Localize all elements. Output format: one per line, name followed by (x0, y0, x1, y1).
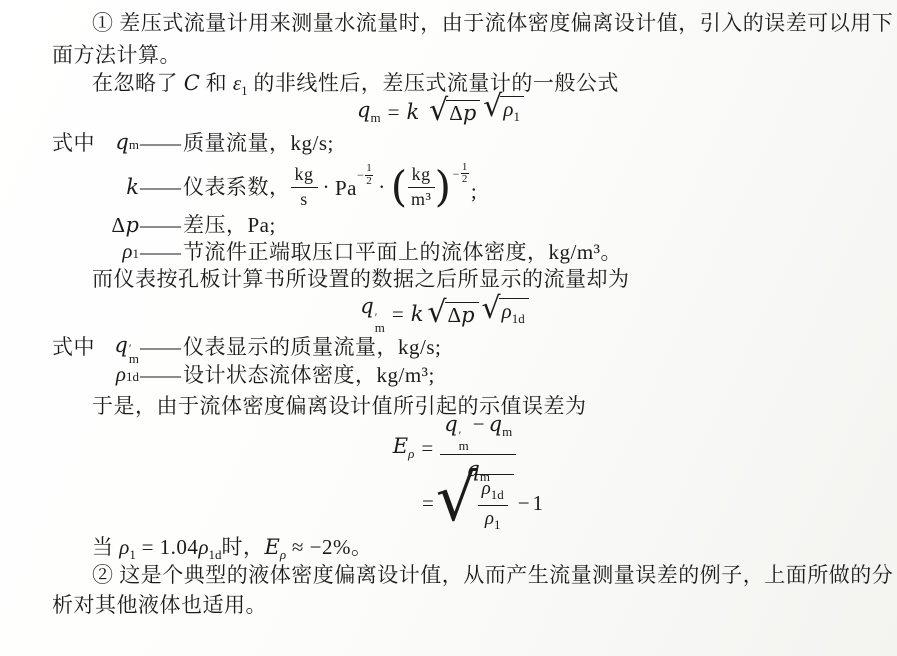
radical-sign: √ (483, 96, 502, 117)
paragraph-3: 而仪表按孔板计算书所设置的数据之后所显示的流量却为 (92, 267, 630, 291)
math-var-k: k (411, 302, 424, 326)
radical-sign: √ (427, 302, 446, 323)
fraction-denominator: m³ (411, 188, 431, 210)
fraction-numerator: kg (291, 165, 318, 188)
math-lhs: Eρ (393, 434, 415, 462)
mini-fraction: 12 (461, 162, 469, 186)
math-sub: 1d (491, 487, 504, 502)
paragraph-2-pre: 在忽略了 (92, 71, 184, 95)
equation-text: = 1.04 (136, 535, 199, 559)
paragraph-5-pre: 当 (92, 535, 119, 559)
math-var-rho: ρ (198, 535, 208, 559)
formula-qm: qm = k √Δp √ρ1 (0, 93, 889, 131)
document-page: ① 差压式流量计用来测量水流量时，由于流体密度偏离设计值，引入的误差可以用下 面… (0, 0, 897, 656)
fraction-rho-ratio: ρ1dρ1 (478, 478, 508, 533)
math-var-E: E (393, 434, 408, 458)
math-var-k: k (406, 100, 419, 124)
fraction-numerator: kg (408, 165, 435, 188)
radical-sign: √ (436, 476, 477, 522)
paragraph-5-shi: 时， (222, 535, 265, 559)
math-var-rho: ρ (482, 478, 491, 499)
math-var-C: C (184, 71, 200, 95)
equals-sign: = (422, 491, 434, 516)
radical-sign: √ (429, 100, 448, 121)
left-paren: ( (391, 169, 408, 205)
def-desc: 设计状态流体密度，kg/m³; (183, 360, 435, 390)
sqrt-rho1d: √ρ1d (482, 298, 529, 331)
def-var: ρ1d (103, 359, 139, 392)
math-delta: Δ (449, 101, 463, 125)
def-lead: 式中 (52, 128, 103, 158)
mini-fraction-denominator: 2 (462, 174, 468, 186)
math-var-q: q (360, 294, 373, 318)
equals-sign: = (421, 436, 433, 461)
right-paren: ) (435, 169, 452, 205)
text-line-8: 析对其他液体也适用。 (52, 590, 267, 620)
exponent-minus-half: −12 (357, 163, 373, 187)
sqrt-rho1: √ρ1 (483, 96, 524, 129)
radical-sign: √ (482, 298, 501, 319)
math-var-p: p (463, 101, 476, 125)
radicand: Δp (446, 100, 480, 125)
middle-dot: · (378, 172, 386, 202)
prime-mark: ′ (129, 342, 132, 352)
definition-row-qm: 式中 qm —— 质量流量，kg/s; (52, 128, 334, 158)
definition-row-rho1: ρ1 —— 节流件正端取压口平面上的流体密度，kg/m³。 (52, 238, 622, 266)
math-var-q: q (357, 98, 370, 122)
math-var-q: q (489, 412, 502, 436)
def-dash: —— (140, 210, 180, 240)
def-dash: —— (140, 332, 180, 362)
unit-pa: Pa−12 (335, 171, 373, 203)
def-desc: 仪表系数， (183, 172, 291, 202)
text-line-1: ① 差压式流量计用来测量水流量时，由于流体密度偏离设计值，引入的误差可以用下 (92, 8, 893, 38)
math-var-k: k (126, 172, 139, 202)
fraction-denominator: s (300, 188, 308, 210)
math-var-epsilon: ε (233, 71, 241, 95)
math-sub: m (459, 439, 469, 452)
math-var-rho: ρ (485, 508, 494, 529)
equals-sign: = (388, 100, 400, 125)
paren-group-kg-m3: ( kgm³ ) −12 ; (391, 165, 477, 210)
fraction-denominator: ρ1 (485, 506, 501, 533)
fraction-numerator: q′m−qm (440, 412, 516, 455)
def-dash: —— (140, 172, 180, 202)
fraction-kg-s: kgs (291, 165, 318, 210)
math-var-q: q (114, 330, 127, 360)
math-var-rho: ρ (503, 97, 513, 121)
sqrt-delta-p: √Δp (429, 100, 480, 125)
paragraph-2-and: 和 (200, 71, 233, 95)
paragraph-5-tail: ≈ −2%。 (286, 535, 372, 559)
math-number-one: 1 (533, 491, 544, 516)
def-desc: 节流件正端取压口平面上的流体密度，kg/m³。 (183, 237, 622, 267)
math-lhs: qm (357, 98, 381, 126)
definition-row-rho1d: ρ1d —— 设计状态流体密度，kg/m³; (52, 360, 435, 390)
paragraph-6-line-1: ② 这是个典型的液体密度偏离设计值，从而产生流量测量误差的例子，上面所做的分 (92, 563, 893, 587)
paragraph-6-line-2: 析对其他液体也适用。 (52, 593, 267, 617)
math-sub: m (502, 424, 512, 439)
math-sub: ρ (408, 446, 414, 461)
math-sub: 1d (512, 311, 525, 326)
radicand: ρ1 (500, 96, 524, 129)
sqrt-rho-ratio: √ρ1dρ1 (436, 474, 514, 533)
math-var-rho: ρ (116, 359, 126, 389)
math-sub: 1 (494, 517, 501, 532)
paragraph-2-post: 的非线性后，差压式流量计的一般公式 (248, 71, 619, 95)
math-var-rho: ρ (119, 535, 129, 559)
fraction-numerator: ρ1d (478, 478, 508, 506)
mini-fraction: 12 (365, 163, 373, 187)
def-dash: —— (140, 360, 180, 390)
text-line-7: ② 这是个典型的液体密度偏离设计值，从而产生流量测量误差的例子，上面所做的分 (92, 560, 893, 590)
equals-sign: = (392, 302, 404, 327)
math-delta: Δ (448, 303, 462, 327)
radicand: ρ1dρ1 (474, 474, 514, 533)
semicolon: ; (471, 176, 477, 206)
math-var-p: p (461, 303, 474, 327)
fraction-kg-m3: kgm³ (408, 165, 435, 210)
text-line-4: 而仪表按孔板计算书所设置的数据之后所显示的流量却为 (92, 264, 630, 294)
paragraph-1-line-1: ① 差压式流量计用来测量水流量时，由于流体密度偏离设计值，引入的误差可以用下 (92, 11, 893, 35)
minus-sign: − (357, 169, 364, 181)
sqrt-delta-p: √Δp (427, 302, 478, 327)
def-dash: —— (140, 237, 180, 267)
text-line-2: 面方法计算。 (52, 40, 181, 70)
def-desc: 质量流量，kg/s; (183, 128, 334, 158)
radicand: ρ1d (499, 298, 529, 331)
math-var-q: q (115, 127, 128, 157)
math-var-rho: ρ (502, 299, 512, 323)
math-var-E: E (265, 535, 280, 559)
def-desc: 仪表显示的质量流量，kg/s; (183, 332, 441, 362)
math-var-rho: ρ (122, 236, 132, 266)
math-sub: 1 (513, 109, 520, 124)
math-lhs: q′m (360, 294, 385, 334)
definition-row-dp: Δp —— 差压，Pa; (52, 211, 276, 239)
def-desc: 差压，Pa; (183, 210, 276, 240)
def-dash: —— (140, 128, 180, 158)
formula-error-line-2: = √ρ1dρ1 − 1 (34, 476, 897, 530)
mini-fraction-denominator: 2 (366, 176, 372, 188)
math-sub: 1d (126, 362, 139, 392)
prime-sub-stack: ′m (459, 429, 469, 452)
radicand: Δp (445, 302, 479, 327)
exponent-minus-half: −12 (453, 162, 469, 186)
def-var: k (103, 172, 139, 202)
unit-expression: kgs · Pa−12 · ( kgm³ ) −12 ; (291, 165, 478, 210)
minus-sign: − (453, 168, 460, 180)
def-lead: 式中 (52, 332, 103, 362)
mini-fraction-numerator: 1 (365, 163, 373, 176)
unit-pa-label: Pa (335, 176, 357, 200)
formula-qm-prime: q′m = k √Δp √ρ1d (0, 294, 893, 334)
minus-sign: − (518, 491, 530, 516)
minus-sign: − (473, 412, 485, 436)
middle-dot: · (323, 172, 331, 202)
math-var-q: q (444, 412, 457, 436)
math-sub: m (370, 110, 380, 125)
paragraph-1-line-2: 面方法计算。 (52, 43, 181, 67)
